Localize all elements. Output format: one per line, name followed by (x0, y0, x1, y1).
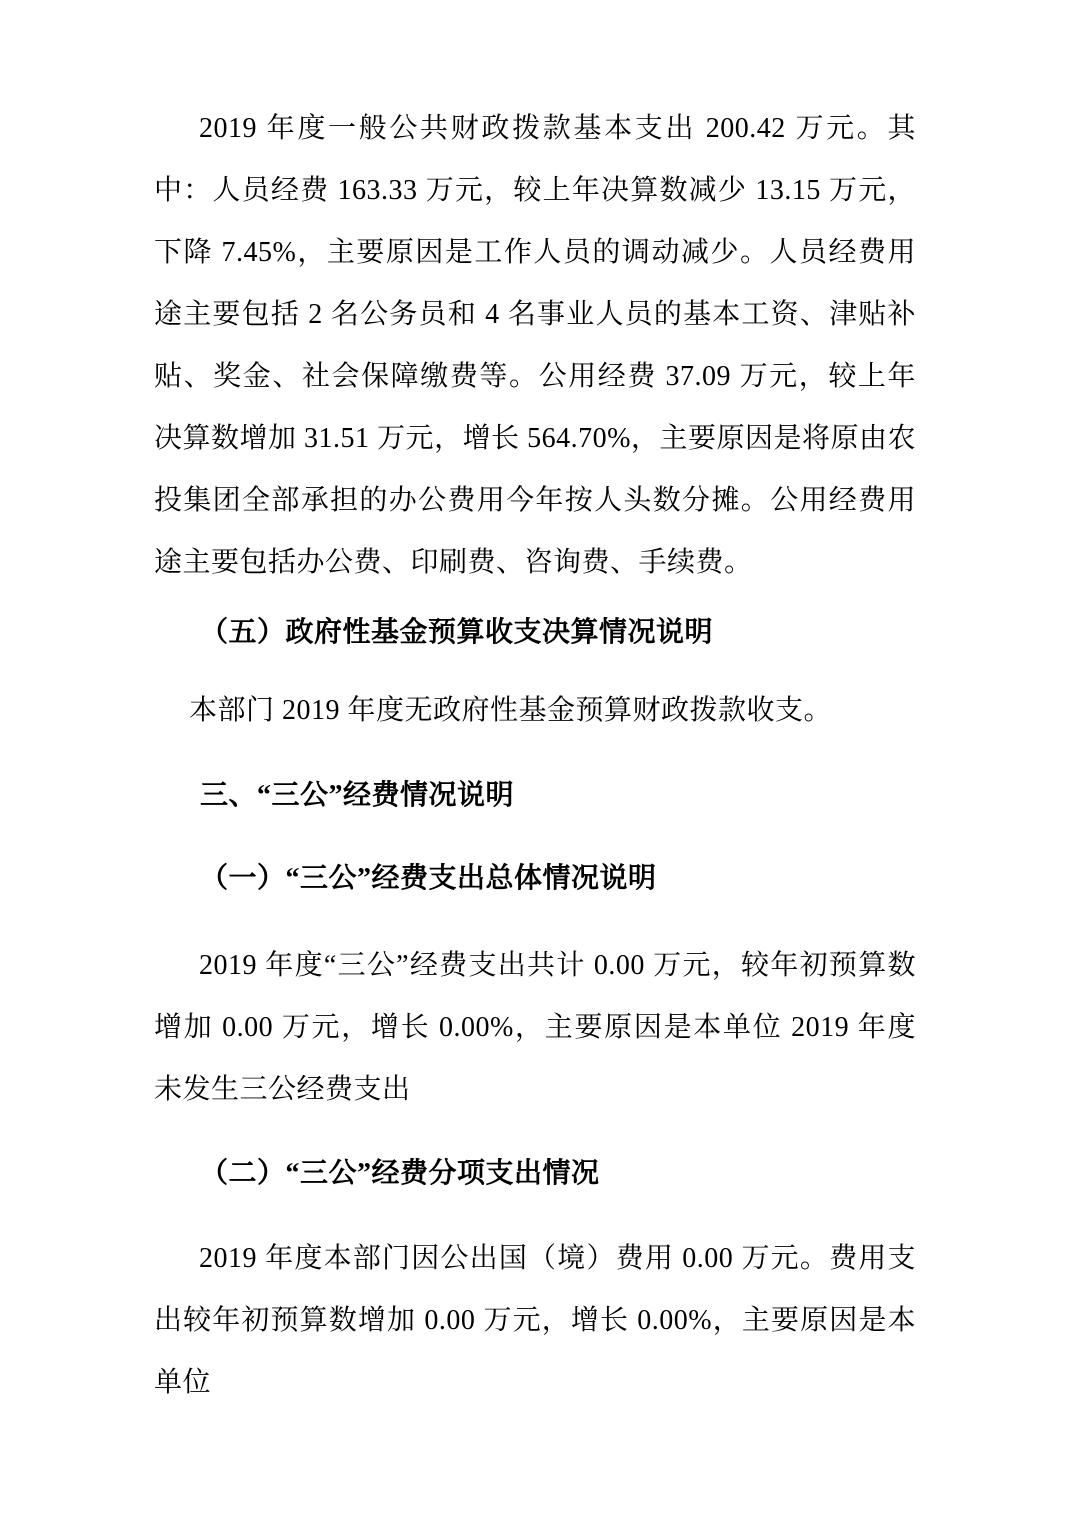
paragraph-general-budget-basic-expenditure: 2019 年度一般公共财政拨款基本支出 200.42 万元。其中：人员经费 16… (154, 98, 916, 594)
heading-three-public-funds-section-3: 三、“三公”经费情况说明 (154, 765, 916, 827)
paragraph-overseas-trip-expenditure: 2019 年度本部门因公出国（境）费用 0.00 万元。费用支出较年初预算数增加… (154, 1228, 916, 1414)
document-page: 2019 年度一般公共财政拨款基本支出 200.42 万元。其中：人员经费 16… (0, 0, 1074, 1520)
heading-three-public-itemized-expenditure: （二）“三公”经费分项支出情况 (154, 1143, 916, 1205)
paragraph-no-gov-fund-budget: 本部门 2019 年度无政府性基金预算财政拨款收支。 (154, 680, 916, 742)
heading-three-public-total-overview: （一）“三公”经费支出总体情况说明 (154, 848, 916, 910)
paragraph-three-public-total-expenditure: 2019 年度“三公”经费支出共计 0.00 万元，较年初预算数增加 0.00 … (154, 935, 916, 1121)
heading-gov-fund-budget-section-5: （五）政府性基金预算收支决算情况说明 (154, 602, 916, 664)
